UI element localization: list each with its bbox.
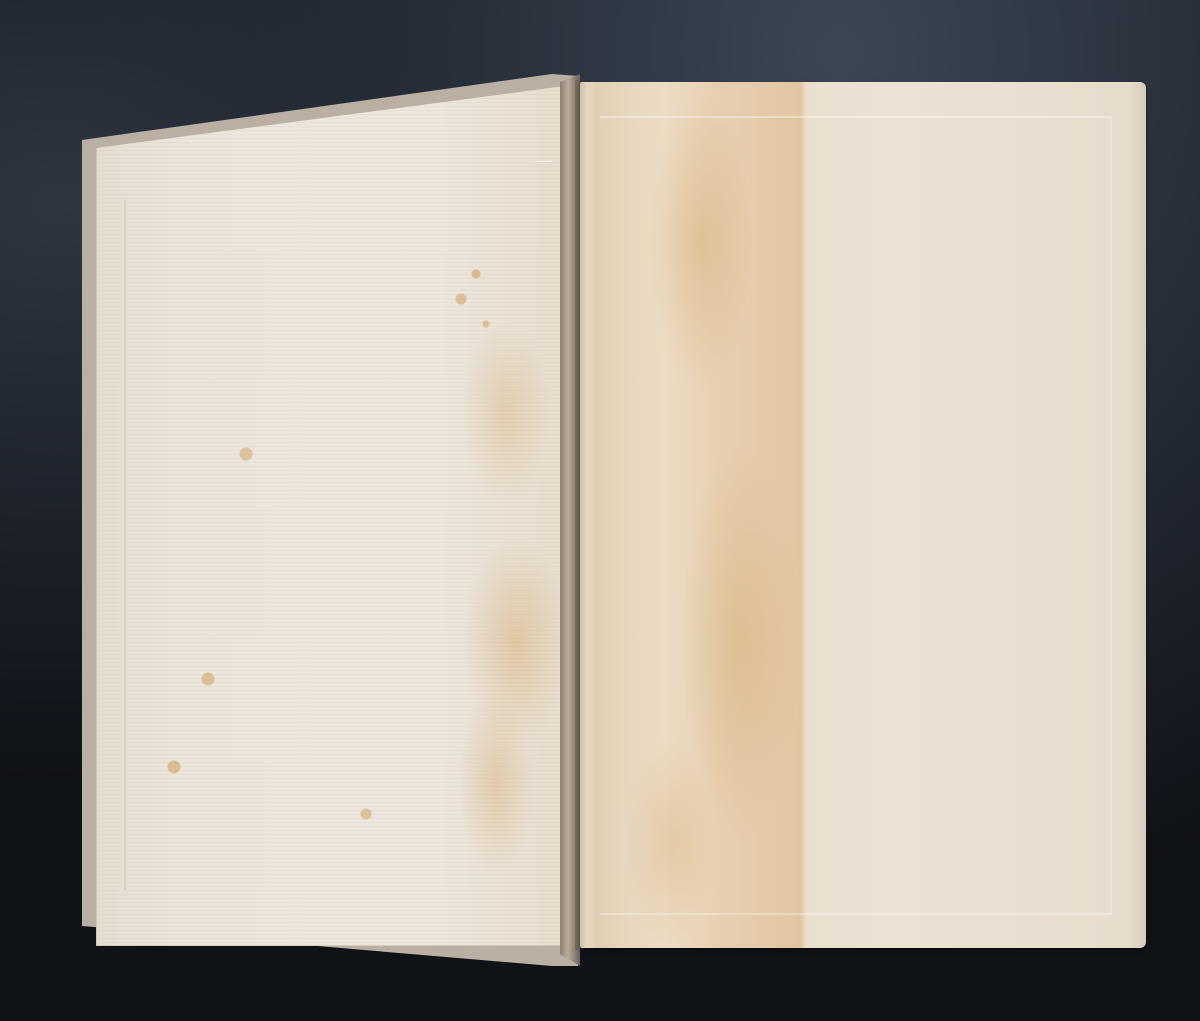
page-impression-border <box>600 116 1112 915</box>
front-cover-turn-in-edge <box>124 160 554 894</box>
gutter-shadow <box>575 80 587 950</box>
dark-table-surface <box>0 0 1200 1021</box>
